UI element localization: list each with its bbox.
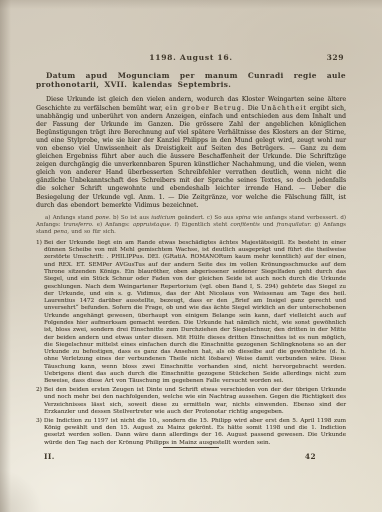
footnote-2-text: Bei den beiden ersten Zeugen ist Dinte u… (44, 387, 346, 415)
footnote-1-number: 1) (36, 240, 44, 246)
scanned-book-page: 1198. August 16. 329 Datum apud Moguncia… (0, 0, 382, 512)
page-top-edge-shadow (0, 0, 382, 9)
footnote-3: 3)Die Indiction zu 1197 ist nicht die 10… (36, 418, 346, 447)
running-header: 1198. August 16. 329 (36, 53, 346, 62)
footnote-3-text: Die Indiction zu 1197 ist nicht die 10.,… (44, 418, 346, 446)
page-left-edge-shadow (0, 0, 11, 512)
datum-line: Datum apud Mogunciam per manum Cunradi r… (36, 71, 346, 89)
sheet-number: 42 (305, 452, 316, 461)
footer-rule (163, 447, 219, 448)
text-block: Datum apud Mogunciam per manum Cunradi r… (36, 71, 346, 447)
page-number: 329 (327, 53, 344, 62)
footnote-2-number: 2) (36, 387, 44, 393)
commentary-paragraph: Diese Urkunde ist gleich den vielen ande… (36, 96, 346, 209)
footnote-2: 2)Bei den beiden ersten Zeugen ist Dinte… (36, 387, 346, 416)
header-date-line: 1198. August 16. (149, 53, 233, 62)
footnote-3-number: 3) (36, 418, 44, 424)
variant-notes: a) Anfangs stand pone. b) So ist aus iud… (36, 215, 346, 236)
footnotes-section: 1)Bei der Urkunde liegt ein am Rande etw… (36, 240, 346, 447)
footnote-1-text: Bei der Urkunde liegt ein am Rande etwas… (44, 240, 346, 385)
footnote-1: 1)Bei der Urkunde liegt ein am Rande etw… (36, 240, 346, 386)
volume-mark: II. (44, 452, 55, 461)
page-footer: II. 42 (44, 452, 316, 461)
